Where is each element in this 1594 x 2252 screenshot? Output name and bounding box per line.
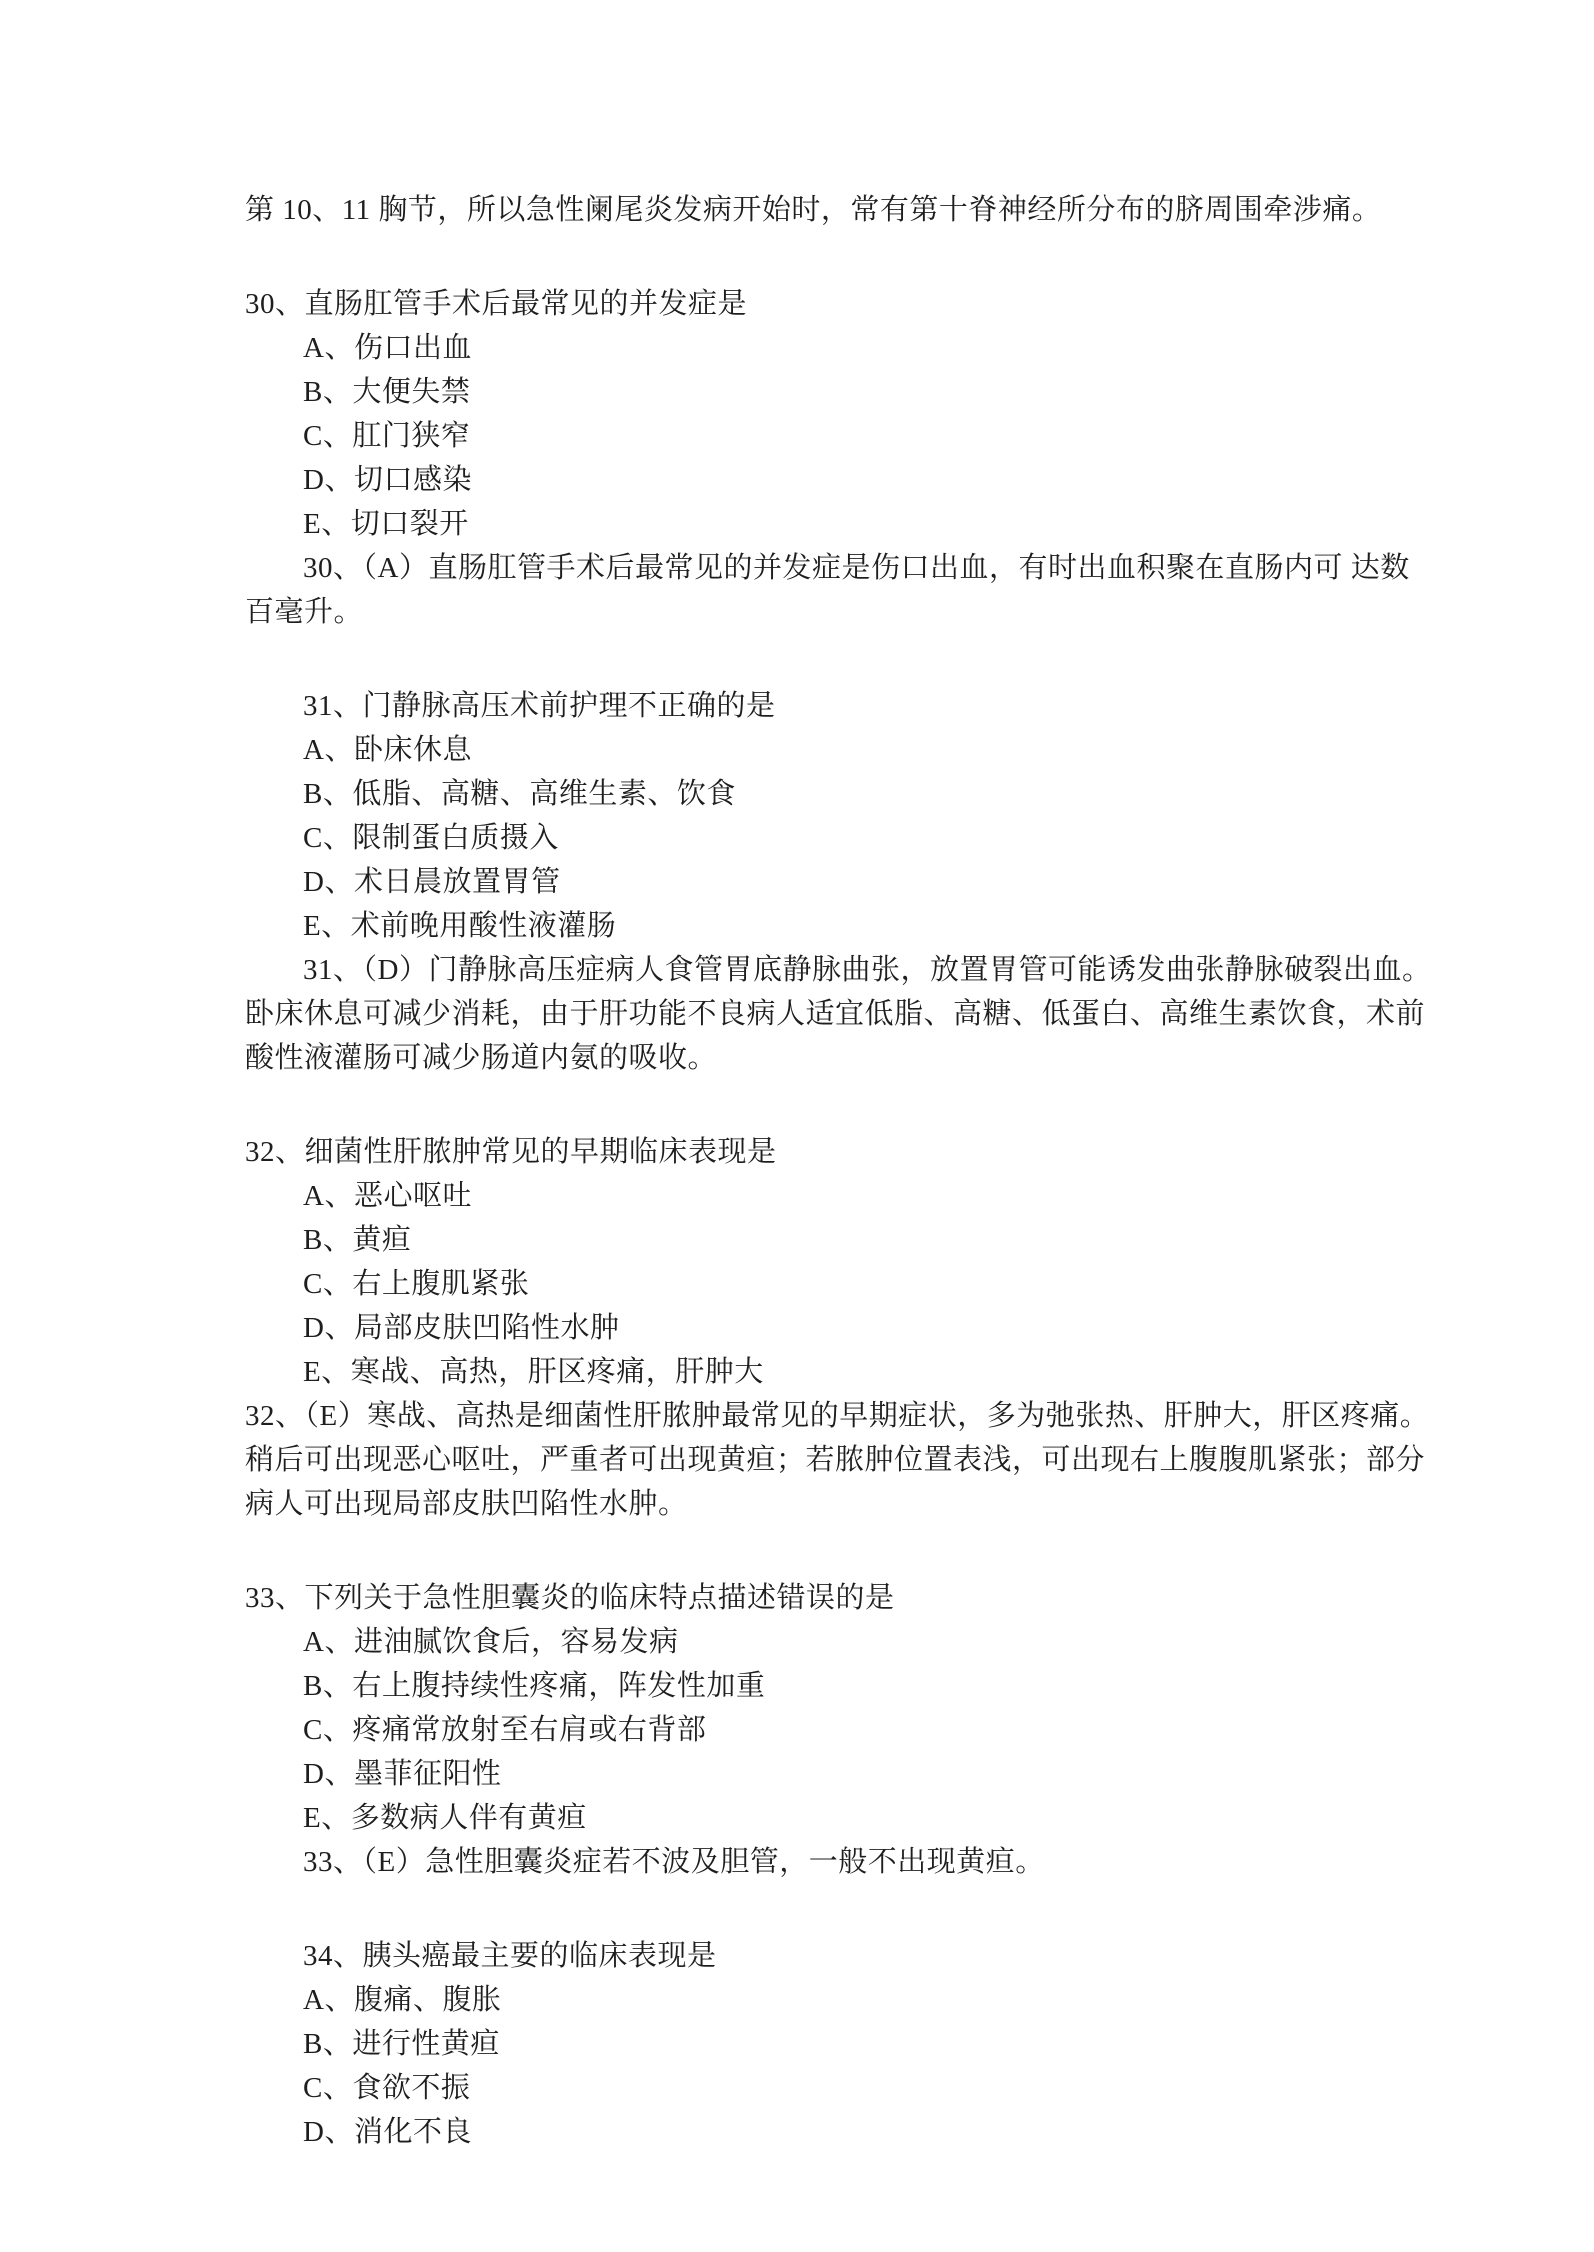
question-stem: 32、细菌性肝脓肿常见的早期临床表现是 xyxy=(245,1130,1435,1174)
option-line: D、墨菲征阳性 xyxy=(245,1752,1435,1796)
explanation-line: 稍后可出现恶心呕吐，严重者可出现黄疸；若脓肿位置表浅，可出现右上腹腹肌紧张；部分 xyxy=(245,1438,1435,1482)
option-line: B、右上腹持续性疼痛，阵发性加重 xyxy=(245,1664,1435,1708)
option-line: A、腹痛、腹胀 xyxy=(245,1978,1435,2022)
option-line: A、进油腻饮食后，容易发病 xyxy=(245,1620,1435,1664)
option-line: C、右上腹肌紧张 xyxy=(245,1262,1435,1306)
option-line: D、术日晨放置胃管 xyxy=(245,860,1435,904)
option-line: D、切口感染 xyxy=(245,458,1435,502)
explanation-line: 卧床休息可减少消耗，由于肝功能不良病人适宜低脂、高糖、低蛋白、高维生素饮食，术前 xyxy=(245,992,1435,1036)
option-line: A、伤口出血 xyxy=(245,326,1435,370)
option-line: C、食欲不振 xyxy=(245,2066,1435,2110)
question-stem: 31、门静脉高压术前护理不正确的是 xyxy=(245,684,1435,728)
explanation-line: 病人可出现局部皮肤凹陷性水肿。 xyxy=(245,1482,1435,1526)
option-line: E、切口裂开 xyxy=(245,502,1435,546)
option-line: D、消化不良 xyxy=(245,2110,1435,2154)
explanation-line: 百毫升。 xyxy=(245,590,1435,634)
option-line: E、寒战、高热，肝区疼痛，肝肿大 xyxy=(245,1350,1435,1394)
explanation-line: 酸性液灌肠可减少肠道内氨的吸收。 xyxy=(245,1036,1435,1080)
option-line: C、疼痛常放射至右肩或右背部 xyxy=(245,1708,1435,1752)
option-line: E、多数病人伴有黄疸 xyxy=(245,1796,1435,1840)
question-stem: 33、下列关于急性胆囊炎的临床特点描述错误的是 xyxy=(245,1576,1435,1620)
question-stem: 34、胰头癌最主要的临床表现是 xyxy=(245,1934,1435,1978)
explanation-line: 31、（D）门静脉高压症病人食管胃底静脉曲张，放置胃管可能诱发曲张静脉破裂出血。 xyxy=(245,948,1435,992)
document-page: 第 10、11 胸节，所以急性阑尾炎发病开始时，常有第十脊神经所分布的脐周围牵涉… xyxy=(0,0,1594,2252)
document-content: 第 10、11 胸节，所以急性阑尾炎发病开始时，常有第十脊神经所分布的脐周围牵涉… xyxy=(245,188,1435,2154)
explanation-line: 32、（E）寒战、高热是细菌性肝脓肿最常见的早期症状，多为弛张热、肝肿大，肝区疼… xyxy=(245,1394,1435,1438)
option-line: C、肛门狭窄 xyxy=(245,414,1435,458)
option-line: A、恶心呕吐 xyxy=(245,1174,1435,1218)
explanation-line: 33、（E）急性胆囊炎症若不波及胆管，一般不出现黄疸。 xyxy=(245,1840,1435,1884)
intro-line: 第 10、11 胸节，所以急性阑尾炎发病开始时，常有第十脊神经所分布的脐周围牵涉… xyxy=(245,188,1435,232)
option-line: C、限制蛋白质摄入 xyxy=(245,816,1435,860)
option-line: E、术前晚用酸性液灌肠 xyxy=(245,904,1435,948)
option-line: D、局部皮肤凹陷性水肿 xyxy=(245,1306,1435,1350)
option-line: B、进行性黄疸 xyxy=(245,2022,1435,2066)
option-line: B、大便失禁 xyxy=(245,370,1435,414)
question-stem: 30、直肠肛管手术后最常见的并发症是 xyxy=(245,282,1435,326)
option-line: A、卧床休息 xyxy=(245,728,1435,772)
option-line: B、低脂、高糖、高维生素、饮食 xyxy=(245,772,1435,816)
explanation-line: 30、（A）直肠肛管手术后最常见的并发症是伤口出血，有时出血积聚在直肠内可 达数 xyxy=(245,546,1435,590)
option-line: B、黄疸 xyxy=(245,1218,1435,1262)
